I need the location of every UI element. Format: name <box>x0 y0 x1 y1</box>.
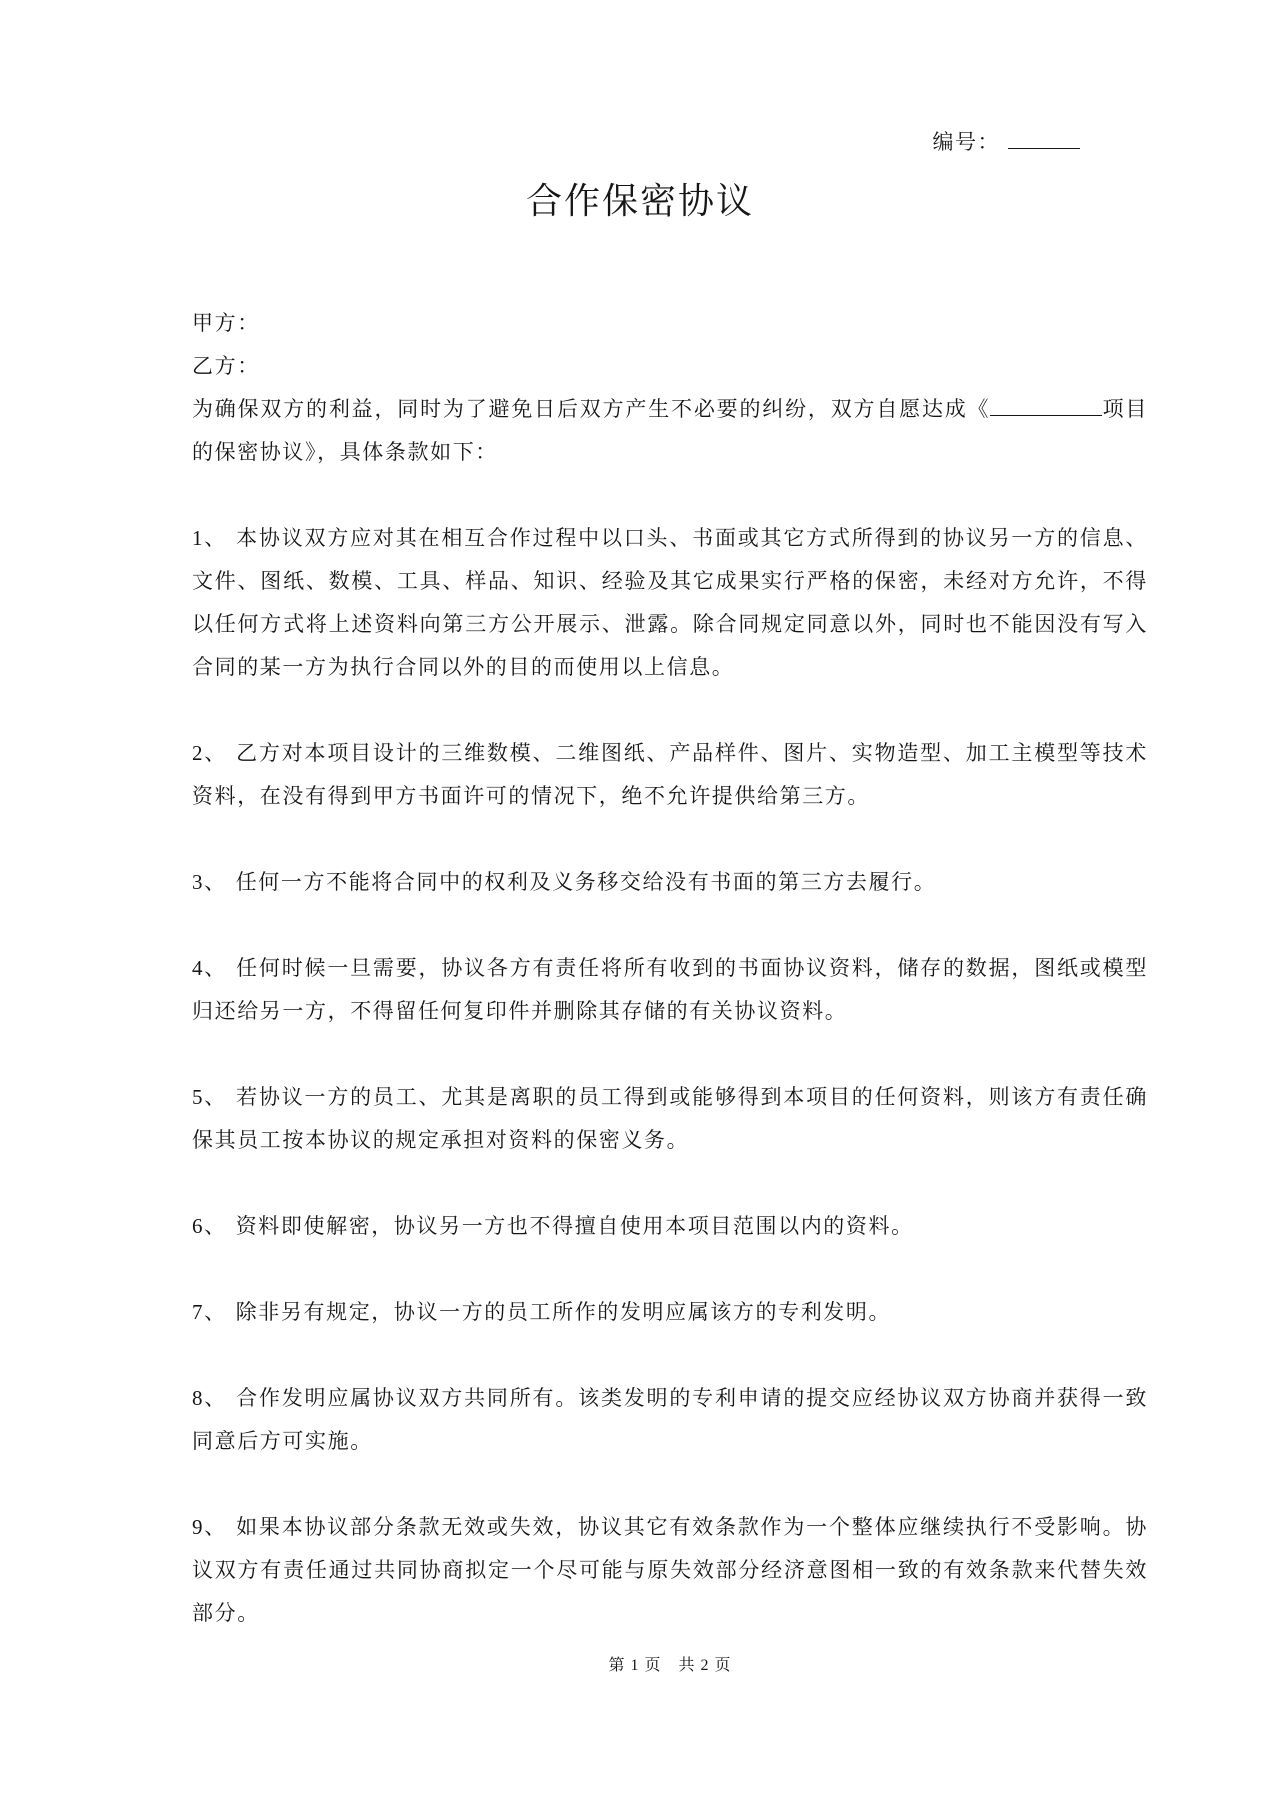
party-a-line: 甲方： <box>192 302 1148 345</box>
intro-paragraph: 为确保双方的利益，同时为了避免日后双方产生不必要的纠纷，双方自愿达成《项目的保密… <box>192 388 1148 474</box>
clause-4-text: 任何时候一旦需要，协议各方有责任将所有收到的书面协议资料，储存的数据，图纸或模型… <box>192 956 1148 1023</box>
clause-7: 7、除非另有规定，协议一方的员工所作的发明应属该方的专利发明。 <box>192 1291 1148 1334</box>
clause-8-number: 8、 <box>192 1386 227 1410</box>
clause-3: 3、任何一方不能将合同中的权利及义务移交给没有书面的第三方去履行。 <box>192 861 1148 904</box>
document-title: 合作保密协议 <box>0 176 1280 226</box>
clause-4: 4、任何时候一旦需要，协议各方有责任将所有收到的书面协议资料，储存的数据，图纸或… <box>192 947 1148 1033</box>
doc-number-line: 编号： <box>0 0 1280 156</box>
clause-7-text: 除非另有规定，协议一方的员工所作的发明应属该方的专利发明。 <box>236 1300 891 1324</box>
clause-3-number: 3、 <box>192 870 227 894</box>
clause-8-text: 合作发明应属协议双方共同所有。该类发明的专利申请的提交应经协议双方协商并获得一致… <box>192 1386 1148 1453</box>
document-page: 编号： 合作保密协议 甲方： 乙方： 为确保双方的利益，同时为了避免日后双方产生… <box>0 0 1280 1811</box>
clause-2: 2、乙方对本项目设计的三维数模、二维图纸、产品样件、图片、实物造型、加工主模型等… <box>192 732 1148 818</box>
clause-9-text: 如果本协议部分条款无效或失效，协议其它有效条款作为一个整体应继续执行不受影响。协… <box>192 1515 1148 1625</box>
clause-2-number: 2、 <box>192 741 227 765</box>
clause-6-number: 6、 <box>192 1214 227 1238</box>
clause-9-number: 9、 <box>192 1515 227 1539</box>
clause-4-number: 4、 <box>192 956 227 980</box>
clause-7-number: 7、 <box>192 1300 227 1324</box>
intro-text-before: 为确保双方的利益，同时为了避免日后双方产生不必要的纠纷，双方自愿达成《 <box>192 397 990 421</box>
clause-3-text: 任何一方不能将合同中的权利及义务移交给没有书面的第三方去履行。 <box>236 870 937 894</box>
clause-1-number: 1、 <box>192 526 227 550</box>
clause-5-number: 5、 <box>192 1085 227 1109</box>
clause-2-text: 乙方对本项目设计的三维数模、二维图纸、产品样件、图片、实物造型、加工主模型等技术… <box>192 741 1148 808</box>
clause-6: 6、资料即使解密，协议另一方也不得擅自使用本项目范围以内的资料。 <box>192 1205 1148 1248</box>
doc-number-blank <box>1008 128 1080 149</box>
page-footer: 第 1 页 共 2 页 <box>192 1655 1148 1677</box>
doc-number-label: 编号： <box>933 130 1001 154</box>
clause-1: 1、本协议双方应对其在相互合作过程中以口头、书面或其它方式所得到的协议另一方的信… <box>192 517 1148 689</box>
clause-1-text: 本协议双方应对其在相互合作过程中以口头、书面或其它方式所得到的协议另一方的信息、… <box>192 526 1148 679</box>
clause-8: 8、合作发明应属协议双方共同所有。该类发明的专利申请的提交应经协议双方协商并获得… <box>192 1377 1148 1463</box>
project-name-blank <box>990 395 1102 416</box>
party-b-line: 乙方： <box>192 345 1148 388</box>
clause-6-text: 资料即使解密，协议另一方也不得擅自使用本项目范围以内的资料。 <box>236 1214 914 1238</box>
document-body: 甲方： 乙方： 为确保双方的利益，同时为了避免日后双方产生不必要的纠纷，双方自愿… <box>192 302 1148 1635</box>
clause-5-text: 若协议一方的员工、尤其是离职的员工得到或能够得到本项目的任何资料，则该方有责任确… <box>192 1085 1148 1152</box>
clause-5: 5、若协议一方的员工、尤其是离职的员工得到或能够得到本项目的任何资料，则该方有责… <box>192 1076 1148 1162</box>
clause-9: 9、如果本协议部分条款无效或失效，协议其它有效条款作为一个整体应继续执行不受影响… <box>192 1506 1148 1635</box>
